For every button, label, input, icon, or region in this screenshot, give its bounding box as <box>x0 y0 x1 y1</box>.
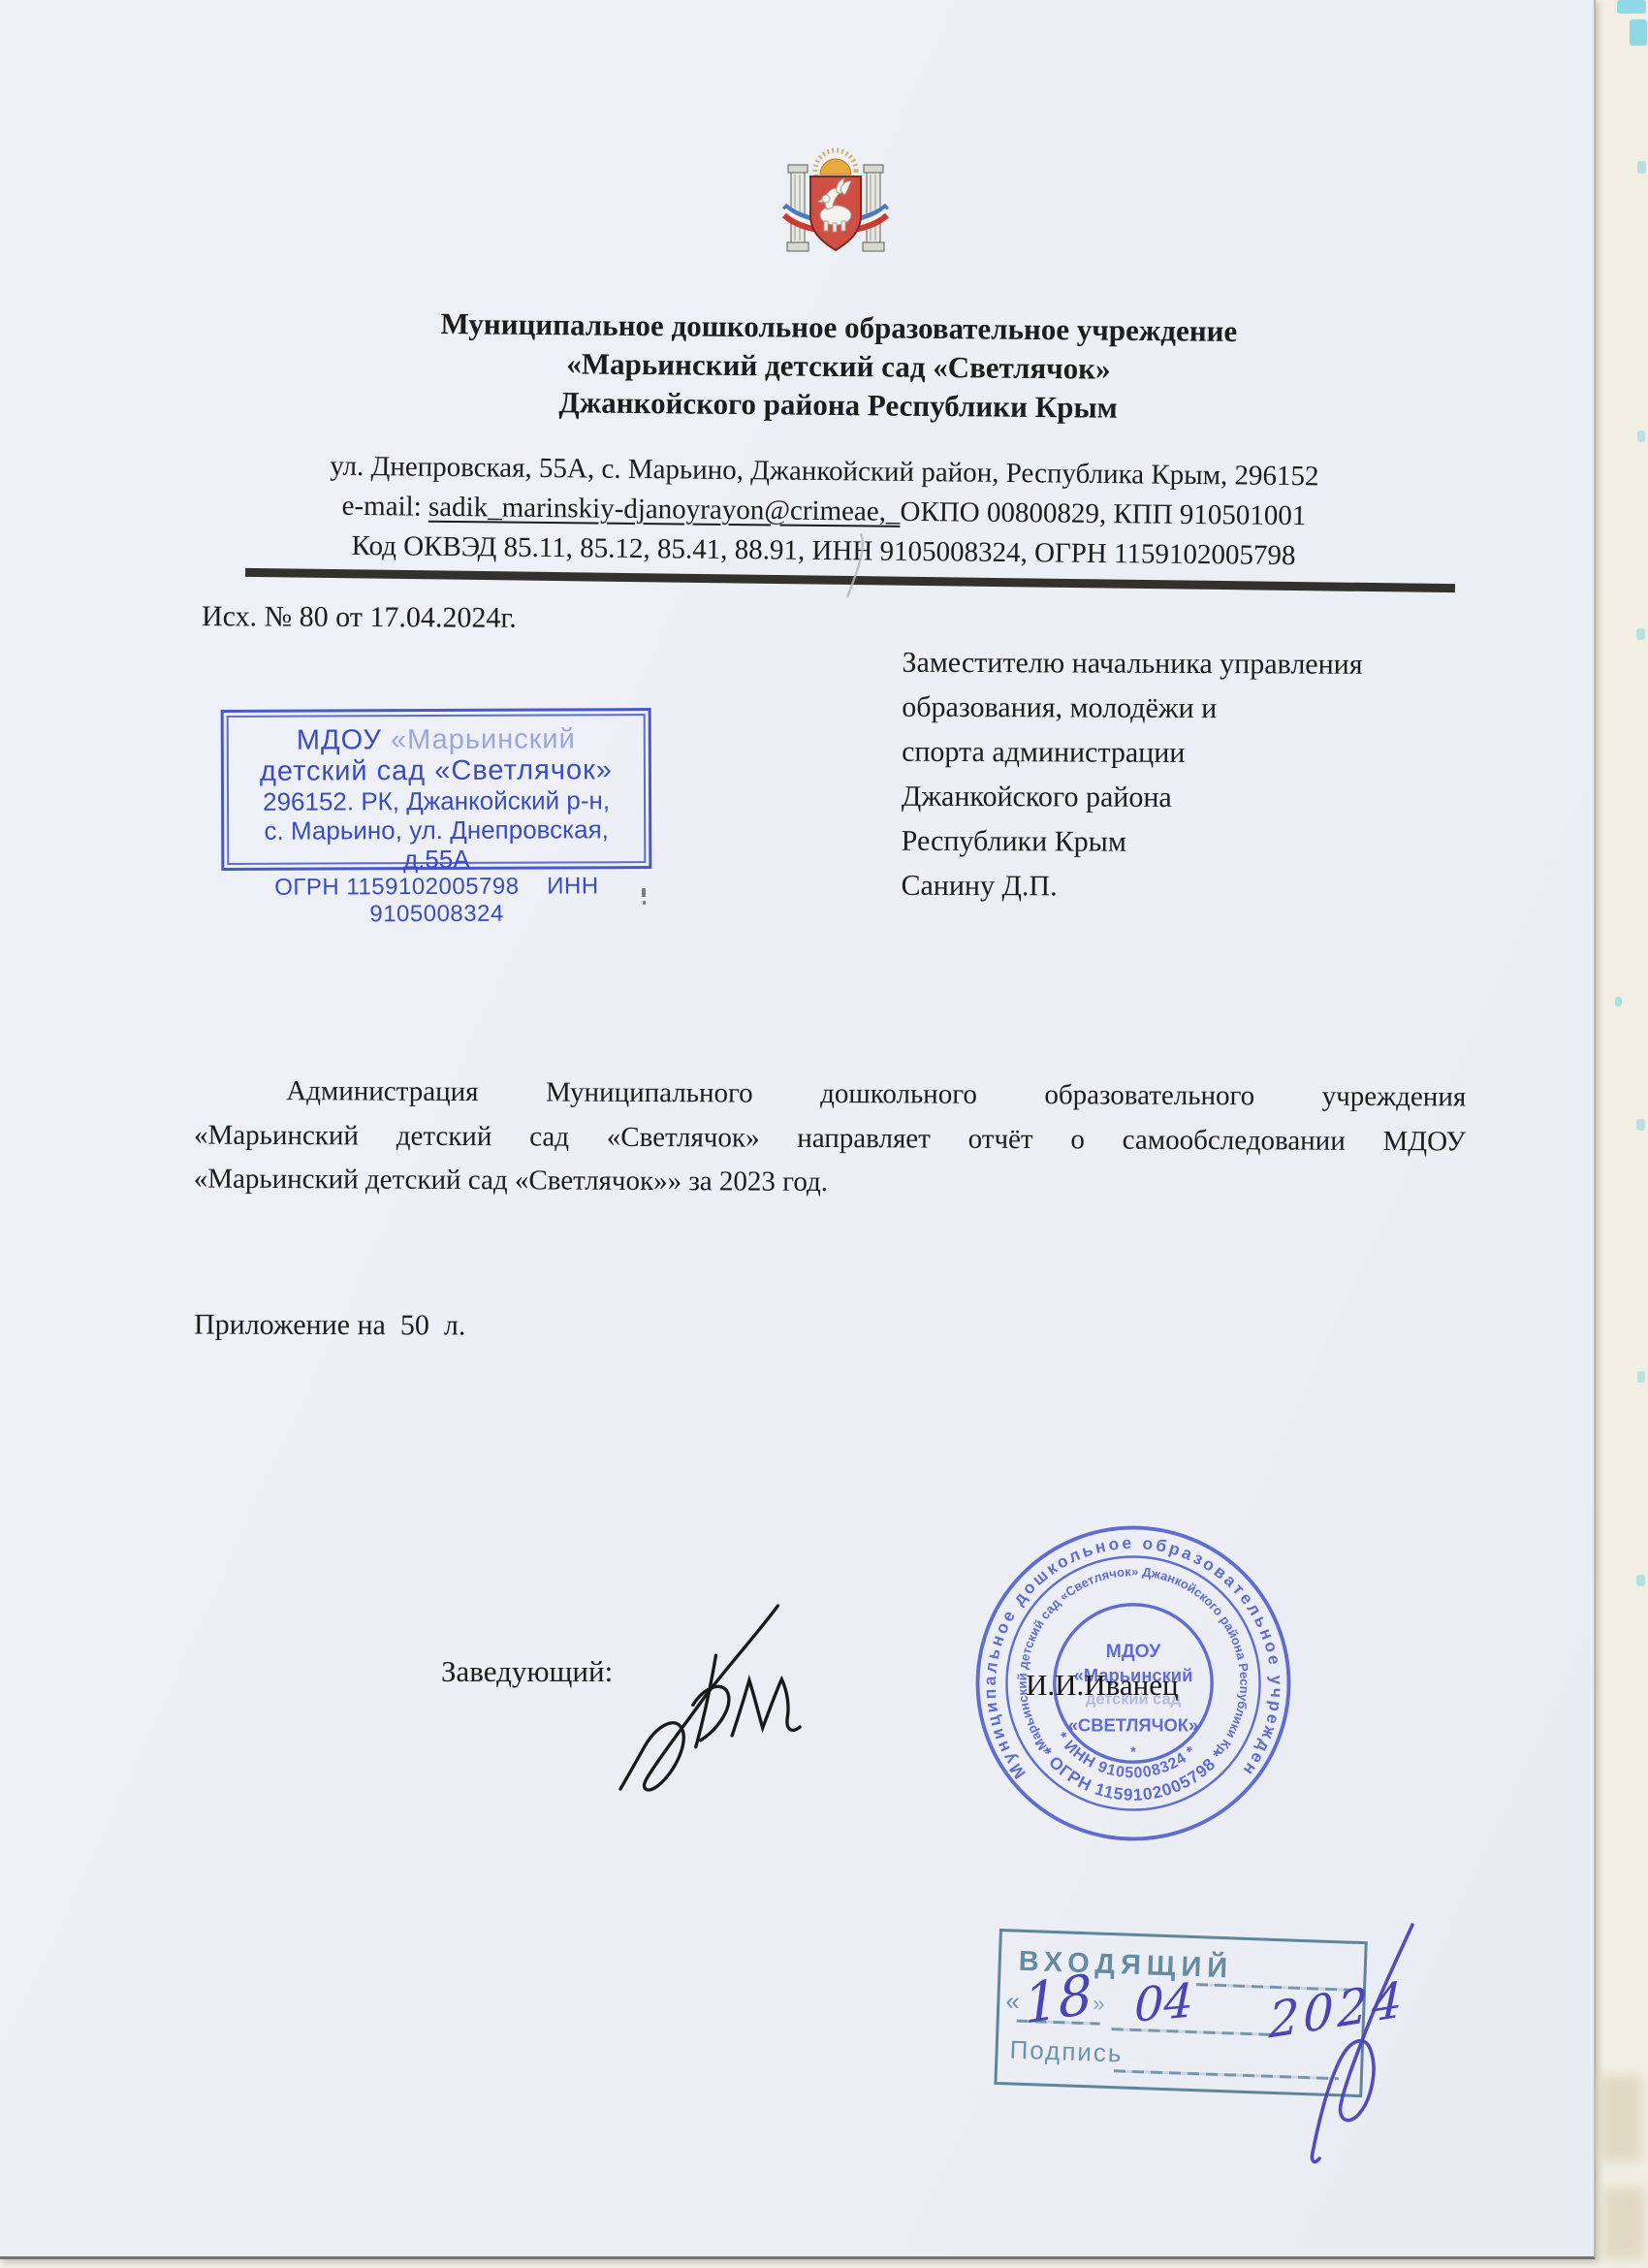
incoming-stamp-signature-label: Подпись <box>1009 2034 1124 2068</box>
body-line: Администрация Муниципального дошкольного… <box>194 1070 1466 1120</box>
org-corner-stamp-inner: МДОУ «Марьинский детский сад «Светлячок»… <box>227 714 647 865</box>
corner-stamp-line: с. Марьино, ул. Днепровская, д.55А <box>229 815 644 875</box>
scan-artifact-smudge <box>1600 2075 1642 2162</box>
recipient-line: Санину Д.П. <box>901 864 1482 911</box>
scan-artifact-smudge <box>1602 2187 1645 2259</box>
corner-stamp-text: МДОУ <box>297 724 382 755</box>
org-title-block: Муниципальное дошкольное образовательное… <box>144 302 1532 431</box>
seal-center-line1: МДОУ <box>1106 1642 1161 1662</box>
okpo-kpp: ОКПО 00800829, КПП 910501001 <box>900 496 1306 531</box>
incoming-stamp-open-quote: « <box>1005 1986 1021 2016</box>
org-address-block: ул. Днепровская, 55А, с. Марьино, Джанко… <box>183 445 1464 578</box>
seal-center-line4: «СВЕТЛЯЧОК» <box>1068 1714 1198 1735</box>
scan-artifact-cyan <box>1637 431 1645 442</box>
email-prefix: e-mail: <box>341 491 428 523</box>
scanned-letter-page: { "letterhead": { "org_name_lines": [ "М… <box>0 0 1648 2268</box>
scan-artifact-cyan <box>1630 19 1647 46</box>
corner-stamp-line: детский сад «Светлячок» <box>229 754 644 787</box>
paper-crease-mark <box>841 531 880 599</box>
body-line: «Марьинский детский сад «Светлячок»» за … <box>194 1158 1466 1208</box>
crimea-coat-of-arms-icon <box>780 145 891 266</box>
attachment-line: Приложение на 50 л. <box>194 1309 465 1343</box>
org-corner-stamp: МДОУ «Марьинский детский сад «Светлячок»… <box>221 708 652 871</box>
corner-stamp-text-faded: «Марьинский <box>382 723 576 755</box>
signer-name: И.И.Иванец <box>1026 1668 1179 1703</box>
corner-stamp-line: 296152. РК, Джанкойский р-н, <box>229 785 644 816</box>
paper-sheet: Муниципальное дошкольное образовательное… <box>0 0 1596 2259</box>
body-line: «Марьинский детский сад «Светлячок» напр… <box>194 1113 1466 1164</box>
email-address: sadik_marinskiy-djanoyrayon@crimeae,_ <box>428 492 901 527</box>
scan-artifact-cyan <box>1637 1371 1645 1383</box>
seal-center-star: * <box>1130 1744 1136 1760</box>
incoming-stamp-close-quote: » <box>1093 1991 1105 2016</box>
corner-stamp-line: ОГРН 1159102005798 ИНН 9105008324 <box>229 873 644 929</box>
handwritten-month: 04 <box>1134 1973 1194 2033</box>
director-signature-handwriting <box>560 1600 866 1799</box>
recipient-line: Заместителю начальника управления <box>902 641 1483 688</box>
scan-artifact-cyan <box>1615 997 1622 1006</box>
letter-body-paragraph: Администрация Муниципального дошкольного… <box>194 1070 1467 1208</box>
outgoing-reference-line: Исх. № 80 от 17.04.2024г. <box>202 600 517 635</box>
corner-stamp-ogrn: ОГРН 1159102005798 <box>274 874 520 901</box>
scan-artifact-cyan <box>1636 1575 1645 1586</box>
corner-stamp-line: МДОУ «Марьинский <box>229 723 644 756</box>
scan-artifact-cyan <box>1636 1119 1645 1131</box>
recipient-line: Джанкойского района <box>902 775 1483 822</box>
scan-artifact-cyan <box>1617 0 1646 14</box>
recipient-line: Республики Крым <box>902 819 1483 867</box>
handwritten-day: 18 <box>1023 1963 1094 2036</box>
recipient-block: Заместителю начальника управления образо… <box>901 641 1483 911</box>
clerk-signature-flourish <box>1260 1915 1454 2264</box>
recipient-line: спорта администрации <box>902 730 1483 778</box>
scan-artifact-cyan <box>1636 628 1645 640</box>
scan-artifact-cyan <box>1637 161 1646 174</box>
recipient-line: образования, молодёжи и <box>902 686 1483 733</box>
